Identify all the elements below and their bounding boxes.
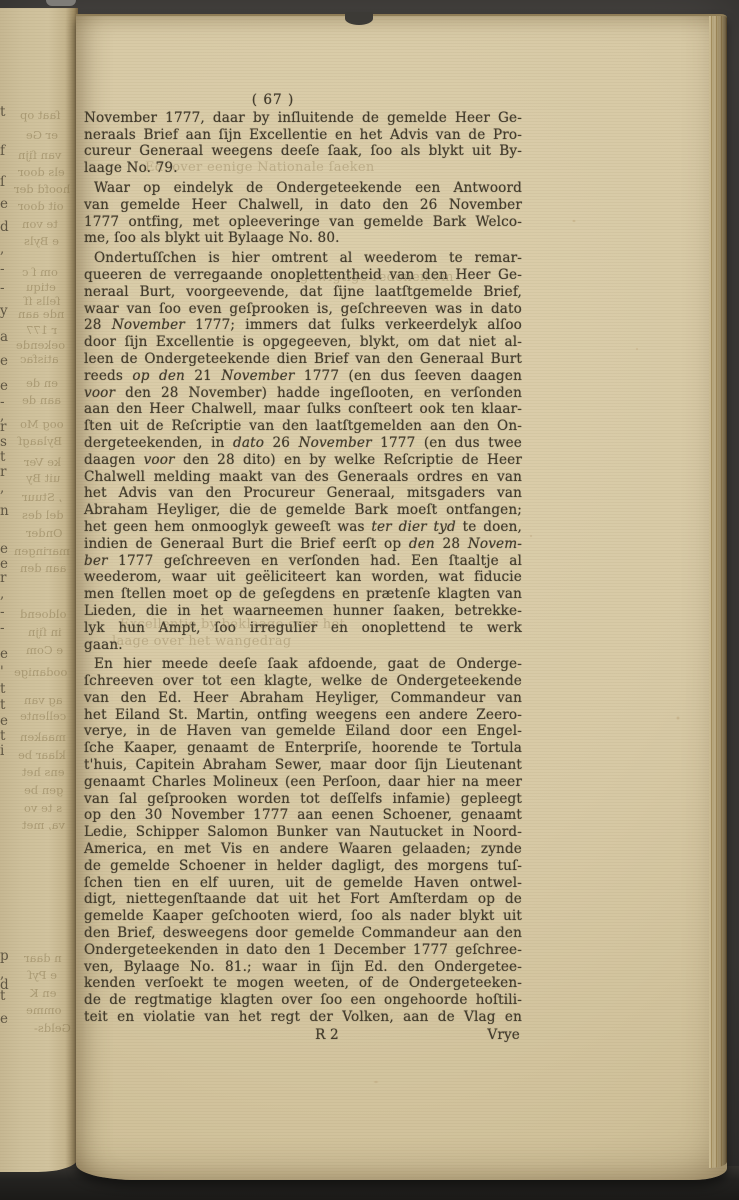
text-line: Ondertuſſchen is hier omtrent al weedero… xyxy=(84,250,522,267)
edge-letter-fragment: e xyxy=(0,715,8,728)
showthrough-text: er Ge xyxy=(26,128,58,142)
catchword: Vrye xyxy=(487,1027,520,1044)
text-line: het Advis van den Procureur Generaal, mi… xyxy=(84,485,522,502)
text-block: ( 67 ) November 1777, daar by inſluitend… xyxy=(84,92,522,1044)
showthrough-text: n daar xyxy=(24,951,62,965)
showthrough-text: atisfac xyxy=(20,352,59,366)
facing-page-edge: ſaat oper Gevan ſijnels doorhoofd deroit… xyxy=(0,8,78,1172)
edge-letter-fragment: e xyxy=(0,648,8,661)
text-line: indien de Generaal Burt die Brief eerſt … xyxy=(84,536,522,553)
showthrough-text: om ſ c xyxy=(22,265,58,279)
showthrough-text: en K xyxy=(30,986,56,1000)
edge-letter-fragment: i xyxy=(0,745,4,758)
edge-letter-fragment: , xyxy=(0,588,4,601)
text-line: men ſtellen moet op de geſegdens en præt… xyxy=(84,586,522,603)
showthrough-text: r 177 xyxy=(26,323,57,337)
text-line: ſten uit de Reſcriptie van den laatſtgem… xyxy=(84,418,522,435)
showthrough-text: ſaat op xyxy=(20,108,61,122)
showthrough-text: oldoend xyxy=(20,607,66,621)
showthrough-text: oekende xyxy=(16,338,65,352)
edge-letter-fragment: - xyxy=(0,282,5,295)
showthrough-text: va, met xyxy=(22,818,65,832)
edge-letter-fragment: ſ xyxy=(0,176,5,189)
showthrough-text: en de xyxy=(26,376,58,390)
showthrough-text: els door xyxy=(18,165,65,179)
edge-letter-fragment: d xyxy=(0,221,9,234)
edge-letter-fragment: n xyxy=(0,505,9,518)
showthrough-text: gen be xyxy=(24,783,63,797)
text-line: Lieden, die in het waarneemen hunner ſaa… xyxy=(84,603,522,620)
text-line: November 1777, daar by inſluitende de ge… xyxy=(84,110,522,127)
body-paragraphs: November 1777, daar by inſluitende de ge… xyxy=(84,110,522,1026)
text-line: t'huis, Capitein Abraham Sewer, maar doo… xyxy=(84,757,522,774)
edge-letter-fragment: - xyxy=(0,606,5,619)
showthrough-text: ke Ver xyxy=(24,455,61,469)
scan-dark-notch xyxy=(345,12,373,25)
paragraph: Waar op eindelyk de Ondergeteekende een … xyxy=(84,180,522,247)
text-line: voor den 28 November) hadde ingeſlooten,… xyxy=(84,385,522,402)
text-line: leen de Ondergeteekende dien Brief van d… xyxy=(84,351,522,368)
showthrough-text: te von xyxy=(22,217,58,231)
text-line: neraals Brief aan ſijn Excellentie en he… xyxy=(84,127,522,144)
edge-letter-fragment: t xyxy=(0,106,5,119)
showthrough-text: oit door xyxy=(18,199,64,213)
edge-letter-fragment: p xyxy=(0,950,9,963)
text-line: ſchen tien en elf uuren, uit de gemelde … xyxy=(84,875,522,892)
text-line: Waar op eindelyk de Ondergeteekende een … xyxy=(84,180,522,197)
text-line: verye, in de Haven van gemelde Eiland do… xyxy=(84,723,522,740)
showthrough-text: nde aan xyxy=(18,307,64,321)
text-line: daagen voor den 28 dito) en by welke Reſ… xyxy=(84,452,522,469)
text-line: America, en met Vis en andere Waaren gel… xyxy=(84,841,522,858)
text-line: de de regtmatige klagten over ſoo een on… xyxy=(84,992,522,1009)
showthrough-text: del des xyxy=(22,508,64,522)
text-line: van gemelde Heer Chalwell, in dato den 2… xyxy=(84,197,522,214)
text-line: aan den Heer Chalwell, maar ſulks conſte… xyxy=(84,401,522,418)
edge-letter-fragment: y xyxy=(0,305,8,318)
paragraph: En hier meede deeſe ſaak afdoende, gaat … xyxy=(84,656,522,1026)
edge-letter-fragment: - xyxy=(0,263,5,276)
edge-letter-fragment: f xyxy=(0,145,5,158)
showthrough-text: Onder xyxy=(26,526,63,540)
text-line: lyk hun Ampt, ſoo irregulier en onoplett… xyxy=(84,620,522,637)
edge-letter-fragment: - xyxy=(0,622,5,635)
showthrough-text: e Byls xyxy=(24,234,59,248)
showthrough-text: maaken xyxy=(20,730,66,744)
page-number: ( 67 ) xyxy=(54,92,492,109)
showthrough-text: cellente xyxy=(20,709,66,723)
edge-letter-fragment: ' xyxy=(0,666,4,679)
showthrough-text: ens het xyxy=(22,765,65,779)
text-line: kenden verſoekt te mogen weeten, of de O… xyxy=(84,975,522,992)
edge-letter-fragment: r xyxy=(0,421,6,434)
edge-letter-fragment: e xyxy=(0,355,8,368)
edge-letter-fragment: e xyxy=(0,1013,8,1026)
text-line: En hier meede deeſe ſaak afdoende, gaat … xyxy=(84,656,522,673)
showthrough-text: Bylaagſ xyxy=(18,434,62,448)
text-line: Abraham Heyliger, die de gemelde Bark mo… xyxy=(84,502,522,519)
paragraph: Ondertuſſchen is hier omtrent al weedero… xyxy=(84,250,522,653)
edge-letter-fragment: r xyxy=(0,466,6,479)
edge-letter-fragment: s xyxy=(0,436,7,449)
edge-letter-fragment: r xyxy=(0,572,6,585)
showthrough-text: e Pyſ xyxy=(28,968,57,982)
showthrough-text: ſells ſſ xyxy=(24,294,61,308)
text-line: van ſal geſprooken worden tot deſſelfs i… xyxy=(84,791,522,808)
showthrough-text: uit By xyxy=(26,471,60,485)
edge-letter-fragment: t xyxy=(0,683,5,696)
edge-letter-fragment: , xyxy=(0,482,4,495)
showthrough-text: ag van xyxy=(24,693,63,707)
showthrough-text: van ſijn xyxy=(18,148,61,162)
showthrough-text: aan den xyxy=(20,561,66,575)
text-line: queeren de verregaande onoplettentheid v… xyxy=(84,267,522,284)
text-line: weederom, waar uit geëliciteert kan word… xyxy=(84,569,522,586)
showthrough-text: e Com xyxy=(26,643,63,657)
edge-letter-fragment: t xyxy=(0,730,5,743)
showthrough-text: etiqu xyxy=(26,280,56,294)
text-line: genaamt Charles Molineux (een Perſoon, d… xyxy=(84,774,522,791)
edge-letter-fragment: e xyxy=(0,198,8,211)
edge-letter-fragment: e xyxy=(0,380,8,393)
text-line: Ledie, Schipper Salomon Bunker van Nautu… xyxy=(84,824,522,841)
text-line: digt, niettegenſtaande dat uit het Fort … xyxy=(84,891,522,908)
text-line: gemelde Kaaper geſchooten wierd, ſoo als… xyxy=(84,908,522,925)
showthrough-text: aan de xyxy=(22,393,61,407)
text-line: me, ſoo als blykt uit Bylaage No. 80. xyxy=(84,230,522,247)
text-line: 28 November 1777; immers dat ſulks verke… xyxy=(84,317,522,334)
text-line: het Eiland St. Martin, ontfing weegens e… xyxy=(84,707,522,724)
text-line: den Brief, desweegens door gemelde Comma… xyxy=(84,925,522,942)
edge-letter-fragment: t xyxy=(0,451,5,464)
book-page: Ed. over eenige Nationale ſaekenlaage ov… xyxy=(76,14,727,1180)
text-line: de gemelde Schoener in helder dagligt, d… xyxy=(84,858,522,875)
text-line: gaan. xyxy=(84,637,522,654)
scan-edge-highlight xyxy=(46,0,76,6)
signature-line: R 2 Vrye xyxy=(84,1027,522,1044)
showthrough-text: s te vo xyxy=(24,801,62,815)
edge-letter-fragment: a xyxy=(0,331,8,344)
text-line: het geen hem onmooglyk geweeſt was ter d… xyxy=(84,519,522,536)
book-scan: ſaat oper Gevan ſijnels doorhoofd deroit… xyxy=(0,0,739,1200)
text-line: ſchreeven over tot een klagte, welke de … xyxy=(84,673,522,690)
signature-mark: R 2 xyxy=(315,1027,339,1044)
text-line: waar van ſoo even geſprooken is, geſchre… xyxy=(84,301,522,318)
text-line: ber 1777 geſchreeven en verſonden had. E… xyxy=(84,553,522,570)
showthrough-text: , Stuur xyxy=(22,490,62,504)
text-line: 1777 ontfing, met opleeveringe van gemel… xyxy=(84,214,522,231)
text-line: Ondergeteekenden in dato den 1 December … xyxy=(84,942,522,959)
showthrough-text: hoofd der xyxy=(14,182,70,196)
paragraph: November 1777, daar by inſluitende de ge… xyxy=(84,110,522,177)
page-stack-edges xyxy=(709,16,727,1168)
edge-letter-fragment: t xyxy=(0,699,5,712)
text-line: neraal Burt, voorgeevende, dat ſijne laa… xyxy=(84,284,522,301)
showthrough-text: oog Mo xyxy=(20,417,64,431)
text-line: teit en violatie van het regt der Volken… xyxy=(84,1009,522,1026)
edge-letter-fragment: e xyxy=(0,543,8,556)
text-line: laage No. 79. xyxy=(84,160,522,177)
text-line: op den 30 November 1777 aan eenen Schoen… xyxy=(84,807,522,824)
showthrough-text: in ſijn xyxy=(28,625,62,639)
showthrough-text: oodanige xyxy=(14,665,67,679)
text-line: reeds op den 21 November 1777 (en dus ſe… xyxy=(84,368,522,385)
showthrough-text: Gelds- xyxy=(34,1021,71,1035)
showthrough-text: klaar be xyxy=(18,748,66,762)
showthrough-text: maringen xyxy=(14,544,70,558)
showthrough-text: omme xyxy=(26,1003,62,1017)
text-line: Chalwell melding maakt van des Generaals… xyxy=(84,469,522,486)
text-line: ſche Kaaper, genaamt de Enterpriſe, hoor… xyxy=(84,740,522,757)
text-line: cureur Generaal weegens deeſe ſaak, ſoo … xyxy=(84,143,522,160)
text-line: dergeteekenden, in dato 26 November 1777… xyxy=(84,435,522,452)
edge-letter-fragment: t xyxy=(0,990,5,1003)
edge-letter-fragment: , xyxy=(0,243,4,256)
text-line: door ſijn Excellentie is opgegeeven, bly… xyxy=(84,334,522,351)
text-line: ven, Bylaage No. 81.; waar in ſijn Ed. d… xyxy=(84,959,522,976)
text-line: van den Ed. Heer Abraham Heyliger, Comma… xyxy=(84,690,522,707)
